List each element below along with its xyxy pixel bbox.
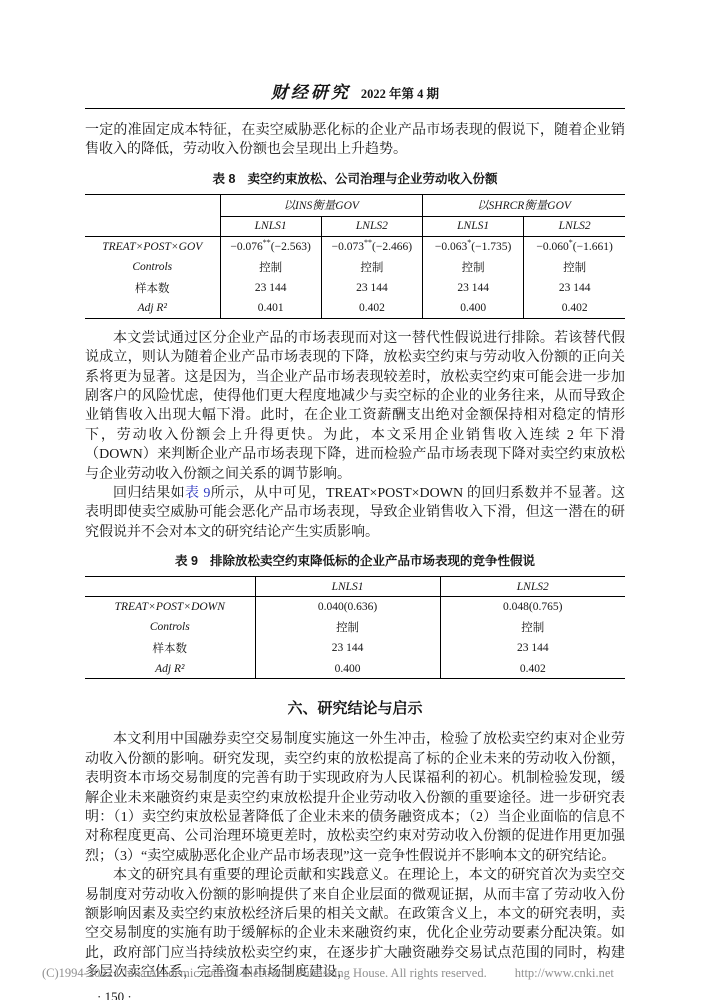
header-divider <box>85 108 625 109</box>
table-cell: 0.402 <box>321 298 422 318</box>
journal-page: 财经研究2022 年第 4 期 一定的准固定成本特征，在卖空威胁恶化标的企业产品… <box>85 0 625 1000</box>
table-cell: 控制 <box>255 617 440 638</box>
table-row: TREAT×POST×DOWN 0.040(0.636) 0.048(0.765… <box>85 597 625 617</box>
table8-caption: 表 8卖空约束放松、公司治理与企业劳动收入份额 <box>85 169 625 187</box>
table-cell: 23 144 <box>220 277 321 298</box>
table-cell: 控制 <box>440 617 625 638</box>
page-number: · 150 · <box>85 989 625 1000</box>
table8-col-header: LNLS2 <box>524 216 625 236</box>
table8-corner-cell <box>85 194 220 236</box>
table-cell: 23 144 <box>321 277 422 298</box>
table-cell: −0.076**(−2.563) <box>220 236 321 256</box>
table-row: Controls 控制 控制 <box>85 617 625 638</box>
table-cell: 0.402 <box>524 298 625 318</box>
table8-col-header: LNLS1 <box>220 216 321 236</box>
table-row: Adj R² 0.401 0.402 0.400 0.402 <box>85 298 625 318</box>
table-cell: 0.040(0.636) <box>255 597 440 617</box>
journal-logo: 财经研究 <box>271 83 351 102</box>
paragraph-continuation: 一定的准固定成本特征，在卖空威胁恶化标的企业产品市场表现的假说下，随着企业销售收… <box>85 121 625 160</box>
journal-issue: 2022 年第 4 期 <box>361 87 439 101</box>
table9: LNLS1 LNLS2 TREAT×POST×DOWN 0.040(0.636)… <box>85 576 625 679</box>
table9-col-header: LNLS1 <box>255 577 440 597</box>
table8-row-label: Adj R² <box>85 298 220 318</box>
table-row: 样本数 23 144 23 144 23 144 23 144 <box>85 277 625 298</box>
cnki-footer: (C)1994-2022 China Academic Journal Elec… <box>42 966 670 981</box>
page-header: 财经研究2022 年第 4 期 <box>85 78 625 103</box>
table9-row-label: Controls <box>85 617 255 638</box>
section-heading-conclusion: 六、研究结论与启示 <box>85 697 625 718</box>
table8-col-header: LNLS2 <box>321 216 422 236</box>
table-cell: 0.402 <box>440 659 625 679</box>
table-row: Controls 控制 控制 控制 控制 <box>85 256 625 277</box>
paragraph-text: 回归结果如 <box>113 486 185 501</box>
table-cell: 23 144 <box>255 638 440 659</box>
copyright-notice: (C)1994-2022 China Academic Journal Elec… <box>42 966 487 980</box>
table-cell: 控制 <box>423 256 524 277</box>
table-cell: −0.073**(−2.466) <box>321 236 422 256</box>
table-row: TREAT×POST×GOV −0.076**(−2.563) −0.073**… <box>85 236 625 256</box>
table8-caption-label: 表 8 <box>213 172 236 186</box>
table9-col-header: LNLS2 <box>440 577 625 597</box>
table-cell: 控制 <box>321 256 422 277</box>
table-cell: 0.400 <box>255 659 440 679</box>
table8-row-label: 样本数 <box>85 277 220 298</box>
table9-caption-title: 排除放松卖空约束降低标的企业产品市场表现的竞争性假说 <box>210 554 535 568</box>
table8-group-header-row: 以INS衡量GOV 以SHRCR衡量GOV <box>85 194 625 216</box>
cnki-url: http://www.cnki.net <box>515 966 614 980</box>
table9-corner-cell <box>85 577 255 597</box>
table8-caption-title: 卖空约束放松、公司治理与企业劳动收入份额 <box>247 172 497 186</box>
significance-stars: ** <box>364 238 372 247</box>
table9-row-label: TREAT×POST×DOWN <box>85 597 255 617</box>
table-row: 样本数 23 144 23 144 <box>85 638 625 659</box>
table8-group-header: 以SHRCR衡量GOV <box>423 194 626 216</box>
table-cell: 23 144 <box>423 277 524 298</box>
paragraph-conclusion-summary: 本文利用中国融券卖空交易制度实施这一外生冲击，检验了放松卖空约束对企业劳动收入份… <box>85 730 625 866</box>
table-cell: 23 144 <box>440 638 625 659</box>
table-row: Adj R² 0.400 0.402 <box>85 659 625 679</box>
significance-stars: ** <box>263 238 271 247</box>
table-cell: 0.401 <box>220 298 321 318</box>
paragraph-regression-result: 回归结果如表 9所示，从中可见，TREAT×POST×DOWN 的回归系数并不显… <box>85 484 625 542</box>
table9-row-label: Adj R² <box>85 659 255 679</box>
table9-reference-link[interactable]: 表 9 <box>185 486 210 501</box>
table9-caption-label: 表 9 <box>175 554 198 568</box>
table9-column-header-row: LNLS1 LNLS2 <box>85 577 625 597</box>
table-cell: 0.400 <box>423 298 524 318</box>
table8-group-header: 以INS衡量GOV <box>220 194 423 216</box>
paragraph-alternative-hypothesis: 本文尝试通过区分企业产品的市场表现而对这一替代性假说进行排除。若该替代假说成立，… <box>85 329 625 484</box>
table-cell: 0.048(0.765) <box>440 597 625 617</box>
table8: 以INS衡量GOV 以SHRCR衡量GOV LNLS1 LNLS2 LNLS1 … <box>85 194 625 319</box>
table-cell: 控制 <box>524 256 625 277</box>
table8-row-label: Controls <box>85 256 220 277</box>
table8-row-label: TREAT×POST×GOV <box>85 236 220 256</box>
table8-col-header: LNLS1 <box>423 216 524 236</box>
table-cell: 23 144 <box>524 277 625 298</box>
table-cell: −0.060*(−1.661) <box>524 236 625 256</box>
table-cell: −0.063*(−1.735) <box>423 236 524 256</box>
table-cell: 控制 <box>220 256 321 277</box>
table9-row-label: 样本数 <box>85 638 255 659</box>
table9-caption: 表 9排除放松卖空约束降低标的企业产品市场表现的竞争性假说 <box>85 551 625 569</box>
